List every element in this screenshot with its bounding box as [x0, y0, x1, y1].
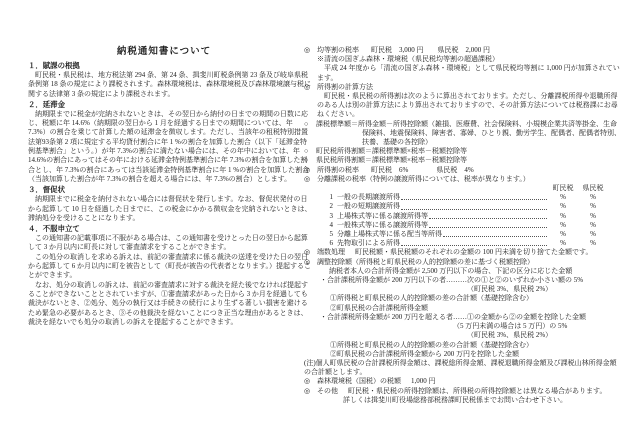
equal-rate-label: 均等割の税率 [317, 46, 359, 54]
item-other: ◎ その他町民税・県民税の所得控除額は、所得税の所得控除額とは異なる場合がありま… [304, 387, 622, 405]
pref-rate-value: % [578, 221, 608, 230]
item-content: 分離課税の税率（特例の譲渡所得については、税率が異なります。） 町民税 県民税 … [317, 175, 622, 249]
rounding-label: 端数処理 [317, 248, 345, 256]
right-column: ◎ 均等割の税率町民税 3,000 円 県民税 2,000 円 ※清流の国ぎふ森… [304, 46, 622, 405]
double-circle-marker: ◎ [304, 175, 317, 249]
document-page: 納税通知書について １．賦課の根拠 町民税・県民税は、地方税法第 294 条、第… [0, 0, 630, 439]
paragraph: 納期限までに税金が完納されないときは、その翌日から納付の日までの期間の日数に応じ… [28, 110, 312, 184]
income-rate-line: 所得割の税率町民税 6% 県民税 4% [317, 166, 622, 175]
table-row: 2一般の短期譲渡所得%% [317, 202, 622, 211]
row-number: 1 [317, 193, 337, 202]
item-content: 端数処理町民税額・県民税額のそれぞれの金額の 100 円未満を切り捨てた金額です… [317, 248, 622, 257]
case2-item1: ①所得税と町県民税の人的控除額の差の合計額（基礎控除含む） [317, 341, 622, 350]
formula-text: 課税標準額＝所得金額－所得控除額（雑損、医療費、社会保険料、小規模企業共済等掛金… [316, 120, 622, 148]
adjustment-intro: 納税者本人の合計所得金額が 2,500 万円以下の場合、下記の区分に応じた金額 [317, 267, 622, 276]
item-income-rate: ◎ 所得割の税率町民税 6% 県民税 4% [304, 166, 622, 175]
section-heading: ４．不服申立て [28, 224, 312, 234]
row-number: 5 [317, 230, 337, 239]
case2-sub2: （町民税 3%、県民税 2%） [317, 331, 622, 340]
town-rate-value: % [548, 230, 578, 239]
row-label: 上場株式等に係る譲渡所得等 [337, 212, 428, 221]
column-header-town: 町民税 [548, 184, 578, 193]
formula-text: 県民税所得割額＝課税標準額×税率－税額控除等 [316, 156, 622, 165]
case1-item1: ①所得税と町県民税の人的控除額の差の合計額（基礎控除含む） [317, 294, 622, 303]
case2-sub1: （5 万円未満の場合は 5 万円）の 5% [317, 322, 622, 331]
section-late-payment: ２．延滞金 納期限までに税金が完納されないときは、その翌日から納付の日までの期間… [16, 100, 312, 184]
town-rate-value: % [548, 221, 578, 230]
section-body: 町民税・県民税は、地方税法第 294 条、第 24 条、揖斐川町税条例第 23 … [28, 71, 312, 99]
row-number: 2 [317, 202, 337, 211]
row-number: 3 [317, 212, 337, 221]
pref-rate-value: % [578, 212, 608, 221]
table-row: 3上場株式等に係る譲渡所得等%% [317, 212, 622, 221]
formula-taxable-base: ○ 課税標準額＝所得金額－所得控除額（雑損、医療費、社会保険料、小規模企業共済等… [304, 120, 622, 148]
dotted-leader [401, 199, 547, 200]
town-rate-value: % [548, 212, 578, 221]
item-rounding: ◎ 端数処理町民税額・県民税額のそれぞれの金額の 100 円未満を切り捨てた金額… [304, 248, 622, 257]
double-circle-marker: ◎ [304, 258, 317, 359]
double-circle-marker: ◎ [304, 166, 317, 175]
other-contact: 詳しくは揖斐川町役場総務部税務課町民税係までお問い合わせ下さい。 [317, 396, 622, 405]
section-body: この通知書の記載事項に不服がある場合は、この通知書を受けとった日の翌日から起算し… [28, 234, 312, 327]
item-content: 所得割の計算方法 町民税・県民税の所得割は次のように算出されております。ただし、… [317, 83, 622, 120]
item-content: 所得割の税率町民税 6% 県民税 4% [317, 166, 622, 175]
paragraph: この通知書の記載事項に不服がある場合は、この通知書を受けとった日の翌日から起算し… [28, 234, 312, 253]
double-circle-marker: ◎ [304, 46, 317, 83]
table-row: 4一般株式等に係る譲渡所得等%% [317, 221, 622, 230]
section-heading: １．賦課の根拠 [28, 61, 312, 71]
double-circle-marker: ◎ [304, 248, 317, 257]
forest-tax-line: 森林環境税（国税）の税額1,000 円 [317, 377, 622, 386]
column-header-pref: 県民税 [578, 184, 608, 193]
separate-tax-heading: 分離課税の税率（特例の譲渡所得については、税率が異なります。） [317, 175, 622, 184]
circle-marker: ○ [304, 156, 316, 165]
case1-line: ・合計課税所得金額が 200 万円以下の者………次の①と②のいずれか小さい額の … [317, 276, 622, 285]
dotted-leader [401, 245, 547, 246]
item-separate-tax: ◎ 分離課税の税率（特例の譲渡所得については、税率が異なります。） 町民税 県民… [304, 175, 622, 249]
item-content: 森林環境税（国税）の税額1,000 円 [317, 377, 622, 386]
document-title: 納税通知書について [16, 46, 312, 58]
double-circle-marker: ◎ [304, 387, 317, 405]
table-row: 5分離上場株式等に係る配当等所得%% [317, 230, 622, 239]
case2-line: ・合計課税所得金額が 200 万円を超える者……①の金額から②の金額を控除した金… [317, 313, 622, 322]
rounding-line: 端数処理町民税額・県民税額のそれぞれの金額の 100 円未満を切り捨てた金額です… [317, 248, 622, 257]
double-circle-marker: ◎ [304, 83, 317, 120]
adjustment-note: (注)個人町県民税の合計課税所得金額は、課税総所得金額、課税退職所得金額及び課税… [304, 359, 622, 377]
dotted-leader [429, 218, 547, 219]
left-column: 納税通知書について １．賦課の根拠 町民税・県民税は、地方税法第 294 条、第… [16, 46, 312, 327]
formula-pref-tax: ○ 県民税所得割額＝課税標準額×税率－税額控除等 [304, 156, 622, 165]
income-rate-label: 所得割の税率 [317, 166, 359, 174]
paragraph: 町民税・県民税は、地方税法第 294 条、第 24 条、揖斐川町税条例第 23 … [28, 71, 312, 99]
paragraph: この処分の取消しを求める訴えは、前記の審査請求に係る裁決の送達を受けた日の翌日か… [28, 253, 312, 281]
income-rate-value: 町民税 6% 県民税 4% [371, 166, 474, 174]
paragraph: 納期限までに税金を納付されない場合には督促状を発行します。なお、督促状発付の日か… [28, 195, 312, 223]
other-line: その他町民税・県民税の所得控除額は、所得税の所得控除額とは異なる場合があります。 [317, 387, 622, 396]
case1-item2: ②町県民税の合計課税所得金額 [317, 304, 622, 313]
double-circle-marker: ◎ [304, 377, 317, 386]
dotted-leader [429, 227, 547, 228]
dotted-leader [401, 209, 547, 210]
forest-tax-value: 1,000 円 [411, 377, 436, 385]
rounding-text: 町民税額・県民税額のそれぞれの金額の 100 円未満を切り捨てた金額です。 [355, 248, 592, 256]
section-appeal: ４．不服申立て この通知書の記載事項に不服がある場合は、この通知書を受けとった日… [16, 224, 312, 327]
equal-rate-line: 均等割の税率町民税 3,000 円 県民税 2,000 円 [317, 46, 622, 55]
item-content: その他町民税・県民税の所得控除額は、所得税の所得控除額とは異なる場合があります。… [317, 387, 622, 405]
circle-marker: ○ [304, 120, 316, 148]
income-calc-heading: 所得割の計算方法 [317, 83, 622, 92]
section-body: 納期限までに税金を納付されない場合には督促状を発行します。なお、督促状発付の日か… [28, 195, 312, 223]
item-content: 均等割の税率町民税 3,000 円 県民税 2,000 円 ※清流の国ぎふ森林・… [317, 46, 622, 83]
row-number: 4 [317, 221, 337, 230]
row-label: 分離上場株式等に係る配当等所得 [337, 230, 442, 239]
item-income-calc: ◎ 所得割の計算方法 町民税・県民税の所得割は次のように算出されております。ただ… [304, 83, 622, 120]
row-label: 一般株式等に係る譲渡所得等 [337, 221, 428, 230]
separate-tax-column-headers: 町民税 県民税 [317, 184, 622, 193]
town-rate-value: % [548, 202, 578, 211]
town-rate-value: % [548, 193, 578, 202]
pref-rate-value: % [578, 230, 608, 239]
other-label: その他 [317, 387, 338, 395]
item-content: 調整控除額（所得税と町県民税の人的控除額の差に基づく税額控除） 納税者本人の合計… [317, 258, 622, 359]
section-heading: ３．督促状 [28, 185, 312, 195]
adjustment-heading: 調整控除額（所得税と町県民税の人的控除額の差に基づく税額控除） [317, 258, 622, 267]
section-body: 納期限までに税金が完納されないときは、その翌日から納付の日までの期間の日数に応じ… [28, 110, 312, 184]
other-text: 町民税・県民税の所得控除額は、所得税の所得控除額とは異なる場合があります。 [348, 387, 606, 395]
equal-rate-note2: 平成 24 年度から「清流の国ぎふ森林・環境税」として県民税均等割に 1,000… [317, 64, 622, 82]
circle-marker: ○ [304, 147, 316, 156]
section-assessment-basis: １．賦課の根拠 町民税・県民税は、地方税法第 294 条、第 24 条、揖斐川町… [16, 61, 312, 99]
dotted-leader [443, 236, 547, 237]
equal-rate-value: 町民税 3,000 円 県民税 2,000 円 [371, 46, 490, 54]
case2-item2: ②町県民税の合計課税所得金額から 200 万円を控除した金額 [317, 350, 622, 359]
item-adjustment-deduction: ◎ 調整控除額（所得税と町県民税の人的控除額の差に基づく税額控除） 納税者本人の… [304, 258, 622, 359]
item-forest-tax: ◎ 森林環境税（国税）の税額1,000 円 [304, 377, 622, 386]
pref-rate-value: % [578, 193, 608, 202]
section-demand-letter: ３．督促状 納期限までに税金を納付されない場合には督促状を発行します。なお、督促… [16, 185, 312, 223]
section-heading: ２．延滞金 [28, 100, 312, 110]
income-calc-intro: 町民税・県民税の所得割は次のように算出されております。ただし、分離課税所得や退職… [317, 92, 622, 120]
forest-tax-label: 森林環境税（国税）の税額 [317, 377, 401, 385]
item-equal-rate: ◎ 均等割の税率町民税 3,000 円 県民税 2,000 円 ※清流の国ぎふ森… [304, 46, 622, 83]
paragraph: なお、処分の取消しの訴えは、前記の審査請求に対する裁決を経た後でなければ提起する… [28, 281, 312, 327]
row-label: 一般の短期譲渡所得 [337, 202, 400, 211]
pref-rate-value: % [578, 202, 608, 211]
